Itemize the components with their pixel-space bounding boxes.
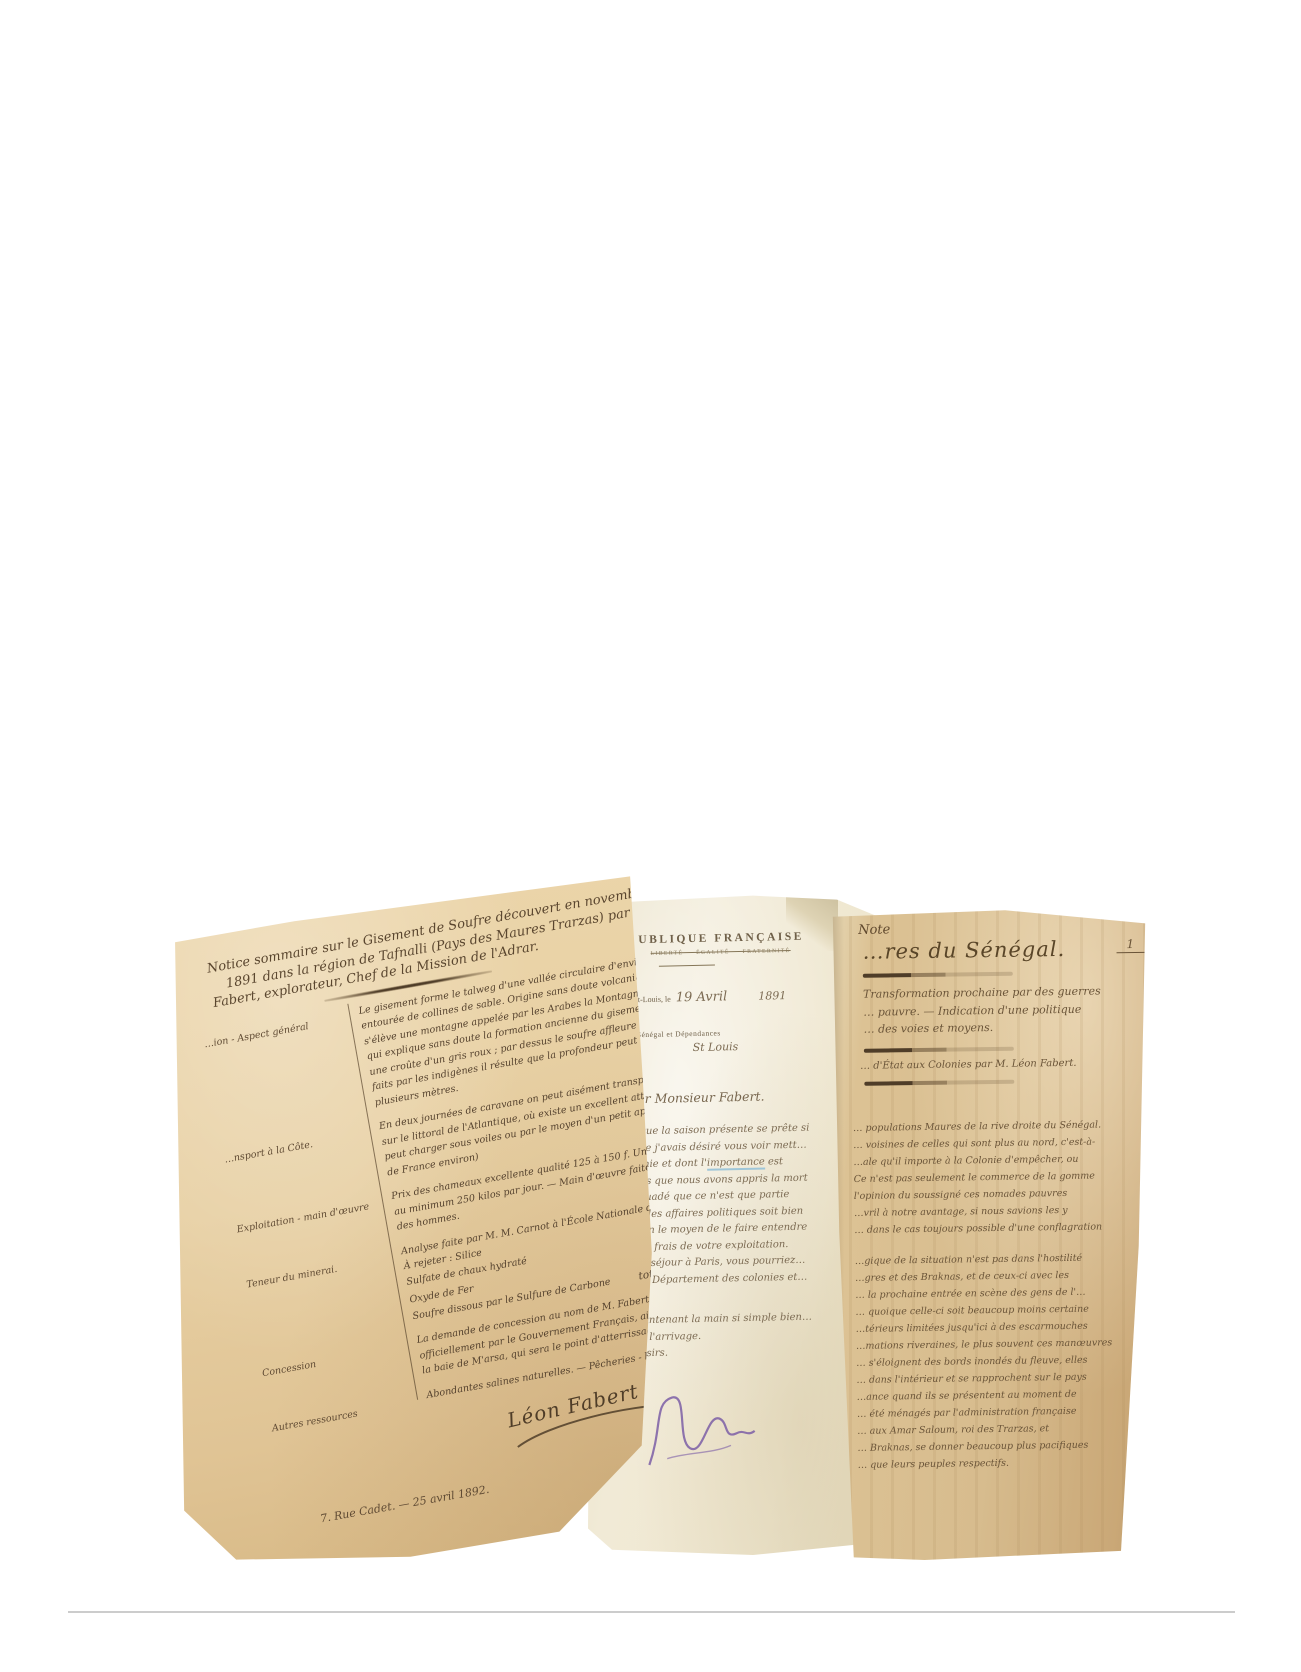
note-line: … que leurs peuples respectifs. bbox=[858, 1452, 1148, 1473]
ink-divider bbox=[864, 1079, 1014, 1085]
document-right-note: 1 Note …res du Sénégal. Transformation p… bbox=[828, 905, 1150, 1560]
scanned-documents-photo: UBLIQUE FRANÇAISE LIBERTÉ — ÉGALITÉ — FR… bbox=[0, 0, 1301, 1672]
note-heading: …res du Sénégal. bbox=[862, 936, 1140, 964]
note-subtitle: Transformation prochaine par des guerres… bbox=[863, 982, 1142, 1038]
note-attribution: … d'État aux Colonies par M. Léon Fabert… bbox=[860, 1056, 1142, 1071]
margin-note: Teneur du minerai. bbox=[242, 1246, 404, 1352]
letterhead-rule bbox=[659, 965, 715, 967]
document-left-notice: Notice sommaire sur le Gisement de Soufr… bbox=[168, 868, 673, 1568]
page-bottom-rule bbox=[68, 1611, 1235, 1613]
ink-divider bbox=[863, 972, 1013, 978]
note-body: … populations Maures de la rive droite d… bbox=[853, 1115, 1148, 1473]
margin-note: …ion - Aspect général bbox=[200, 1005, 367, 1138]
ink-divider bbox=[864, 1046, 1014, 1052]
blue-underlined-word: importance bbox=[707, 1157, 765, 1171]
note-label: Note bbox=[858, 919, 1140, 938]
dateline-handwritten: 19 Avril bbox=[676, 989, 728, 1005]
page-number: 1 bbox=[1116, 937, 1144, 953]
dateline-year: 1891 bbox=[758, 989, 786, 1003]
